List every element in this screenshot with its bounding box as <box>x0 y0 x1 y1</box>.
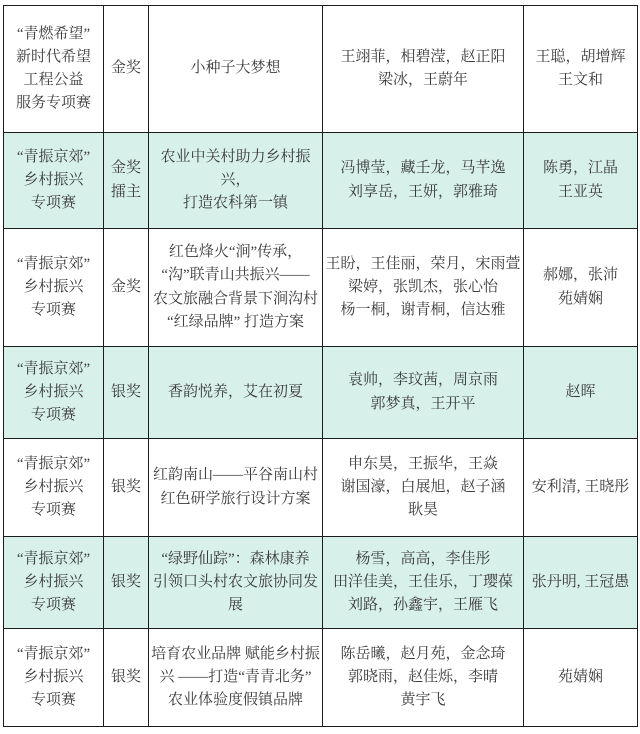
advisors-cell: 张丹明, 王冠愚 <box>524 537 638 629</box>
contest-line: “青振京郊” <box>17 643 90 666</box>
project-cell: “绿野仙踪”：森林康养引领口头村农文旅协同发展 <box>149 537 323 629</box>
members-line: 梁婷，张凯杰，张心怡 <box>348 276 498 299</box>
award-line: 金奖 <box>111 57 141 80</box>
advisors-line: 陈勇，江晶 <box>543 157 618 180</box>
project-cell: 红韵南山——平谷南山村红色研学旅行设计方案 <box>149 439 323 537</box>
table-row: “青振京郊”乡村振兴专项赛金奖红色烽火“涧”传承，“沟”联青山共振兴——农文旅融… <box>4 229 638 347</box>
contest-line: “青振京郊” <box>17 146 90 169</box>
advisors-line: 苑婧娴 <box>558 666 603 689</box>
contest-line: “青振京郊” <box>17 253 90 276</box>
project-line: 农文旅融合背景下涧沟村 <box>153 288 318 311</box>
project-cell: 小种子大梦想 <box>149 6 323 133</box>
members-cell: 申东昊，王振华，王焱谢国濠，白展旭，赵子涵耿昊 <box>323 439 524 537</box>
members-line: 黄宇飞 <box>400 689 445 712</box>
contest-cell: “青振京郊”乡村振兴专项赛 <box>4 537 104 629</box>
awards-table-body: “青燃希望”新时代希望工程公益服务专项赛金奖小种子大梦想王翊菲，相碧滢，赵正阳梁… <box>4 6 638 727</box>
advisors-cell: 郝娜，张沛苑婧娴 <box>524 229 638 347</box>
project-line: “红绿品牌” 打造方案 <box>167 311 304 334</box>
award-line: 银奖 <box>111 381 141 404</box>
award-cell: 金奖 <box>104 229 149 347</box>
contest-line: 专项赛 <box>31 299 76 322</box>
members-line: 刘享岳，王妍，郭雅琦 <box>348 181 498 204</box>
members-cell: 杨雪，高高，李佳彤田洋佳美，王佳乐，丁璎葆刘路，孙鑫宇，王雁飞 <box>323 537 524 629</box>
project-line: 农业中关村助力乡村振兴， <box>151 146 320 193</box>
advisors-cell: 安利清, 王晓彤 <box>524 439 638 537</box>
contest-line: “青振京郊” <box>17 548 90 571</box>
members-line: 王盼，王佳丽，荣月，宋雨萱 <box>325 253 520 276</box>
members-line: 王翊菲，相碧滢，赵正阳 <box>340 46 505 69</box>
contest-line: 专项赛 <box>31 594 76 617</box>
advisors-cell: 苑婧娴 <box>524 629 638 727</box>
contest-line: “青振京郊” <box>17 453 90 476</box>
contest-line: “青振京郊” <box>17 358 90 381</box>
table-row: “青振京郊”乡村振兴专项赛银奖香韵悦养，艾在初夏袁帅，李玟茜，周京雨郭梦真，王开… <box>4 347 638 439</box>
award-line: 擂主 <box>111 181 141 204</box>
advisors-line: 王聪，胡增辉 <box>535 46 625 69</box>
awards-table: “青燃希望”新时代希望工程公益服务专项赛金奖小种子大梦想王翊菲，相碧滢，赵正阳梁… <box>3 5 638 727</box>
contest-line: 乡村振兴 <box>23 666 83 689</box>
advisors-line: 赵晖 <box>565 381 595 404</box>
project-line: 培育农业品牌 赋能乡村振 <box>151 643 320 666</box>
contest-cell: “青燃希望”新时代希望工程公益服务专项赛 <box>4 6 104 133</box>
table-row: “青振京郊”乡村振兴专项赛银奖红韵南山——平谷南山村红色研学旅行设计方案申东昊，… <box>4 439 638 537</box>
members-cell: 冯博莹，藏壬龙，马芊逸刘享岳，王妍，郭雅琦 <box>323 133 524 229</box>
advisors-line: 张丹明, 王冠愚 <box>532 571 630 594</box>
advisors-line: 王亚英 <box>558 181 603 204</box>
award-cell: 银奖 <box>104 537 149 629</box>
contest-line: “青燃希望” <box>17 23 90 46</box>
contest-line: 工程公益 <box>23 69 83 92</box>
project-line: 兴 ——打造“青青北务” <box>159 666 311 689</box>
advisors-line: 王文和 <box>558 69 603 92</box>
project-line: “绿野仙踪”：森林康养 <box>161 548 309 571</box>
award-line: 银奖 <box>111 571 141 594</box>
award-line: 银奖 <box>111 476 141 499</box>
members-line: 申东昊，王振华，王焱 <box>348 453 498 476</box>
project-line: 红色烽火“涧”传承， <box>169 241 302 264</box>
project-cell: 农业中关村助力乡村振兴，打造农科第一镇 <box>149 133 323 229</box>
project-cell: 培育农业品牌 赋能乡村振兴 ——打造“青青北务”农业体验度假镇品牌 <box>149 629 323 727</box>
members-line: 田洋佳美，王佳乐，丁璎葆 <box>333 571 513 594</box>
award-line: 金奖 <box>111 157 141 180</box>
project-line: 红韵南山——平谷南山村 <box>153 464 318 487</box>
contest-cell: “青振京郊”乡村振兴专项赛 <box>4 629 104 727</box>
table-row: “青燃希望”新时代希望工程公益服务专项赛金奖小种子大梦想王翊菲，相碧滢，赵正阳梁… <box>4 6 638 133</box>
advisors-line: 安利清, 王晓彤 <box>532 476 630 499</box>
table-row: “青振京郊”乡村振兴专项赛金奖擂主农业中关村助力乡村振兴，打造农科第一镇冯博莹，… <box>4 133 638 229</box>
contest-line: 服务专项赛 <box>16 92 91 115</box>
contest-line: 专项赛 <box>31 192 76 215</box>
contest-line: 乡村振兴 <box>23 381 83 404</box>
advisors-cell: 赵晖 <box>524 347 638 439</box>
document-page: “青燃希望”新时代希望工程公益服务专项赛金奖小种子大梦想王翊菲，相碧滢，赵正阳梁… <box>0 0 640 734</box>
award-cell: 金奖 <box>104 6 149 133</box>
contest-line: 乡村振兴 <box>23 169 83 192</box>
members-line: 杨一桐，谢青桐，信达雅 <box>340 299 505 322</box>
project-line: 小种子大梦想 <box>190 57 280 80</box>
project-line: 农业体验度假镇品牌 <box>168 689 303 712</box>
members-line: 袁帅，李玟茜，周京雨 <box>348 369 498 392</box>
advisors-line: 苑婧娴 <box>558 288 603 311</box>
advisors-line: 郝娜，张沛 <box>543 264 618 287</box>
project-cell: 红色烽火“涧”传承，“沟”联青山共振兴——农文旅融合背景下涧沟村“红绿品牌” 打… <box>149 229 323 347</box>
project-line: 香韵悦养，艾在初夏 <box>168 381 303 404</box>
award-cell: 银奖 <box>104 629 149 727</box>
members-line: 刘路，孙鑫宇，王雁飞 <box>348 594 498 617</box>
members-line: 耿昊 <box>408 499 438 522</box>
contest-cell: “青振京郊”乡村振兴专项赛 <box>4 133 104 229</box>
members-cell: 袁帅，李玟茜，周京雨郭梦真，王开平 <box>323 347 524 439</box>
members-cell: 王翊菲，相碧滢，赵正阳梁冰，王蔚年 <box>323 6 524 133</box>
contest-cell: “青振京郊”乡村振兴专项赛 <box>4 439 104 537</box>
members-line: 郭晓雨，赵佳烁，李晴 <box>348 666 498 689</box>
award-cell: 银奖 <box>104 347 149 439</box>
table-row: “青振京郊”乡村振兴专项赛银奖“绿野仙踪”：森林康养引领口头村农文旅协同发展杨雪… <box>4 537 638 629</box>
award-cell: 金奖擂主 <box>104 133 149 229</box>
award-line: 银奖 <box>111 666 141 689</box>
contest-line: 乡村振兴 <box>23 476 83 499</box>
members-cell: 陈岳曦，赵月苑，金念琦郭晓雨，赵佳烁，李晴黄宇飞 <box>323 629 524 727</box>
contest-line: 专项赛 <box>31 689 76 712</box>
members-line: 陈岳曦，赵月苑，金念琦 <box>340 643 505 666</box>
table-row: “青振京郊”乡村振兴专项赛银奖培育农业品牌 赋能乡村振兴 ——打造“青青北务”农… <box>4 629 638 727</box>
project-line: “沟”联青山共振兴—— <box>161 264 309 287</box>
members-line: 郭梦真，王开平 <box>370 393 475 416</box>
contest-cell: “青振京郊”乡村振兴专项赛 <box>4 347 104 439</box>
contest-line: 新时代希望 <box>16 46 91 69</box>
project-line: 红色研学旅行设计方案 <box>160 488 310 511</box>
project-line: 打造农科第一镇 <box>183 192 288 215</box>
advisors-cell: 陈勇，江晶王亚英 <box>524 133 638 229</box>
contest-line: 乡村振兴 <box>23 571 83 594</box>
members-line: 谢国濠，白展旭，赵子涵 <box>340 476 505 499</box>
members-line: 冯博莹，藏壬龙，马芊逸 <box>340 157 505 180</box>
advisors-cell: 王聪，胡增辉王文和 <box>524 6 638 133</box>
contest-line: 专项赛 <box>31 499 76 522</box>
project-cell: 香韵悦养，艾在初夏 <box>149 347 323 439</box>
project-line: 引领口头村农文旅协同发展 <box>151 571 320 618</box>
contest-line: 乡村振兴 <box>23 276 83 299</box>
contest-line: 专项赛 <box>31 404 76 427</box>
members-cell: 王盼，王佳丽，荣月，宋雨萱梁婷，张凯杰，张心怡杨一桐，谢青桐，信达雅 <box>323 229 524 347</box>
award-line: 金奖 <box>111 276 141 299</box>
members-line: 梁冰，王蔚年 <box>378 69 468 92</box>
members-line: 杨雪，高高，李佳彤 <box>355 548 490 571</box>
award-cell: 银奖 <box>104 439 149 537</box>
contest-cell: “青振京郊”乡村振兴专项赛 <box>4 229 104 347</box>
